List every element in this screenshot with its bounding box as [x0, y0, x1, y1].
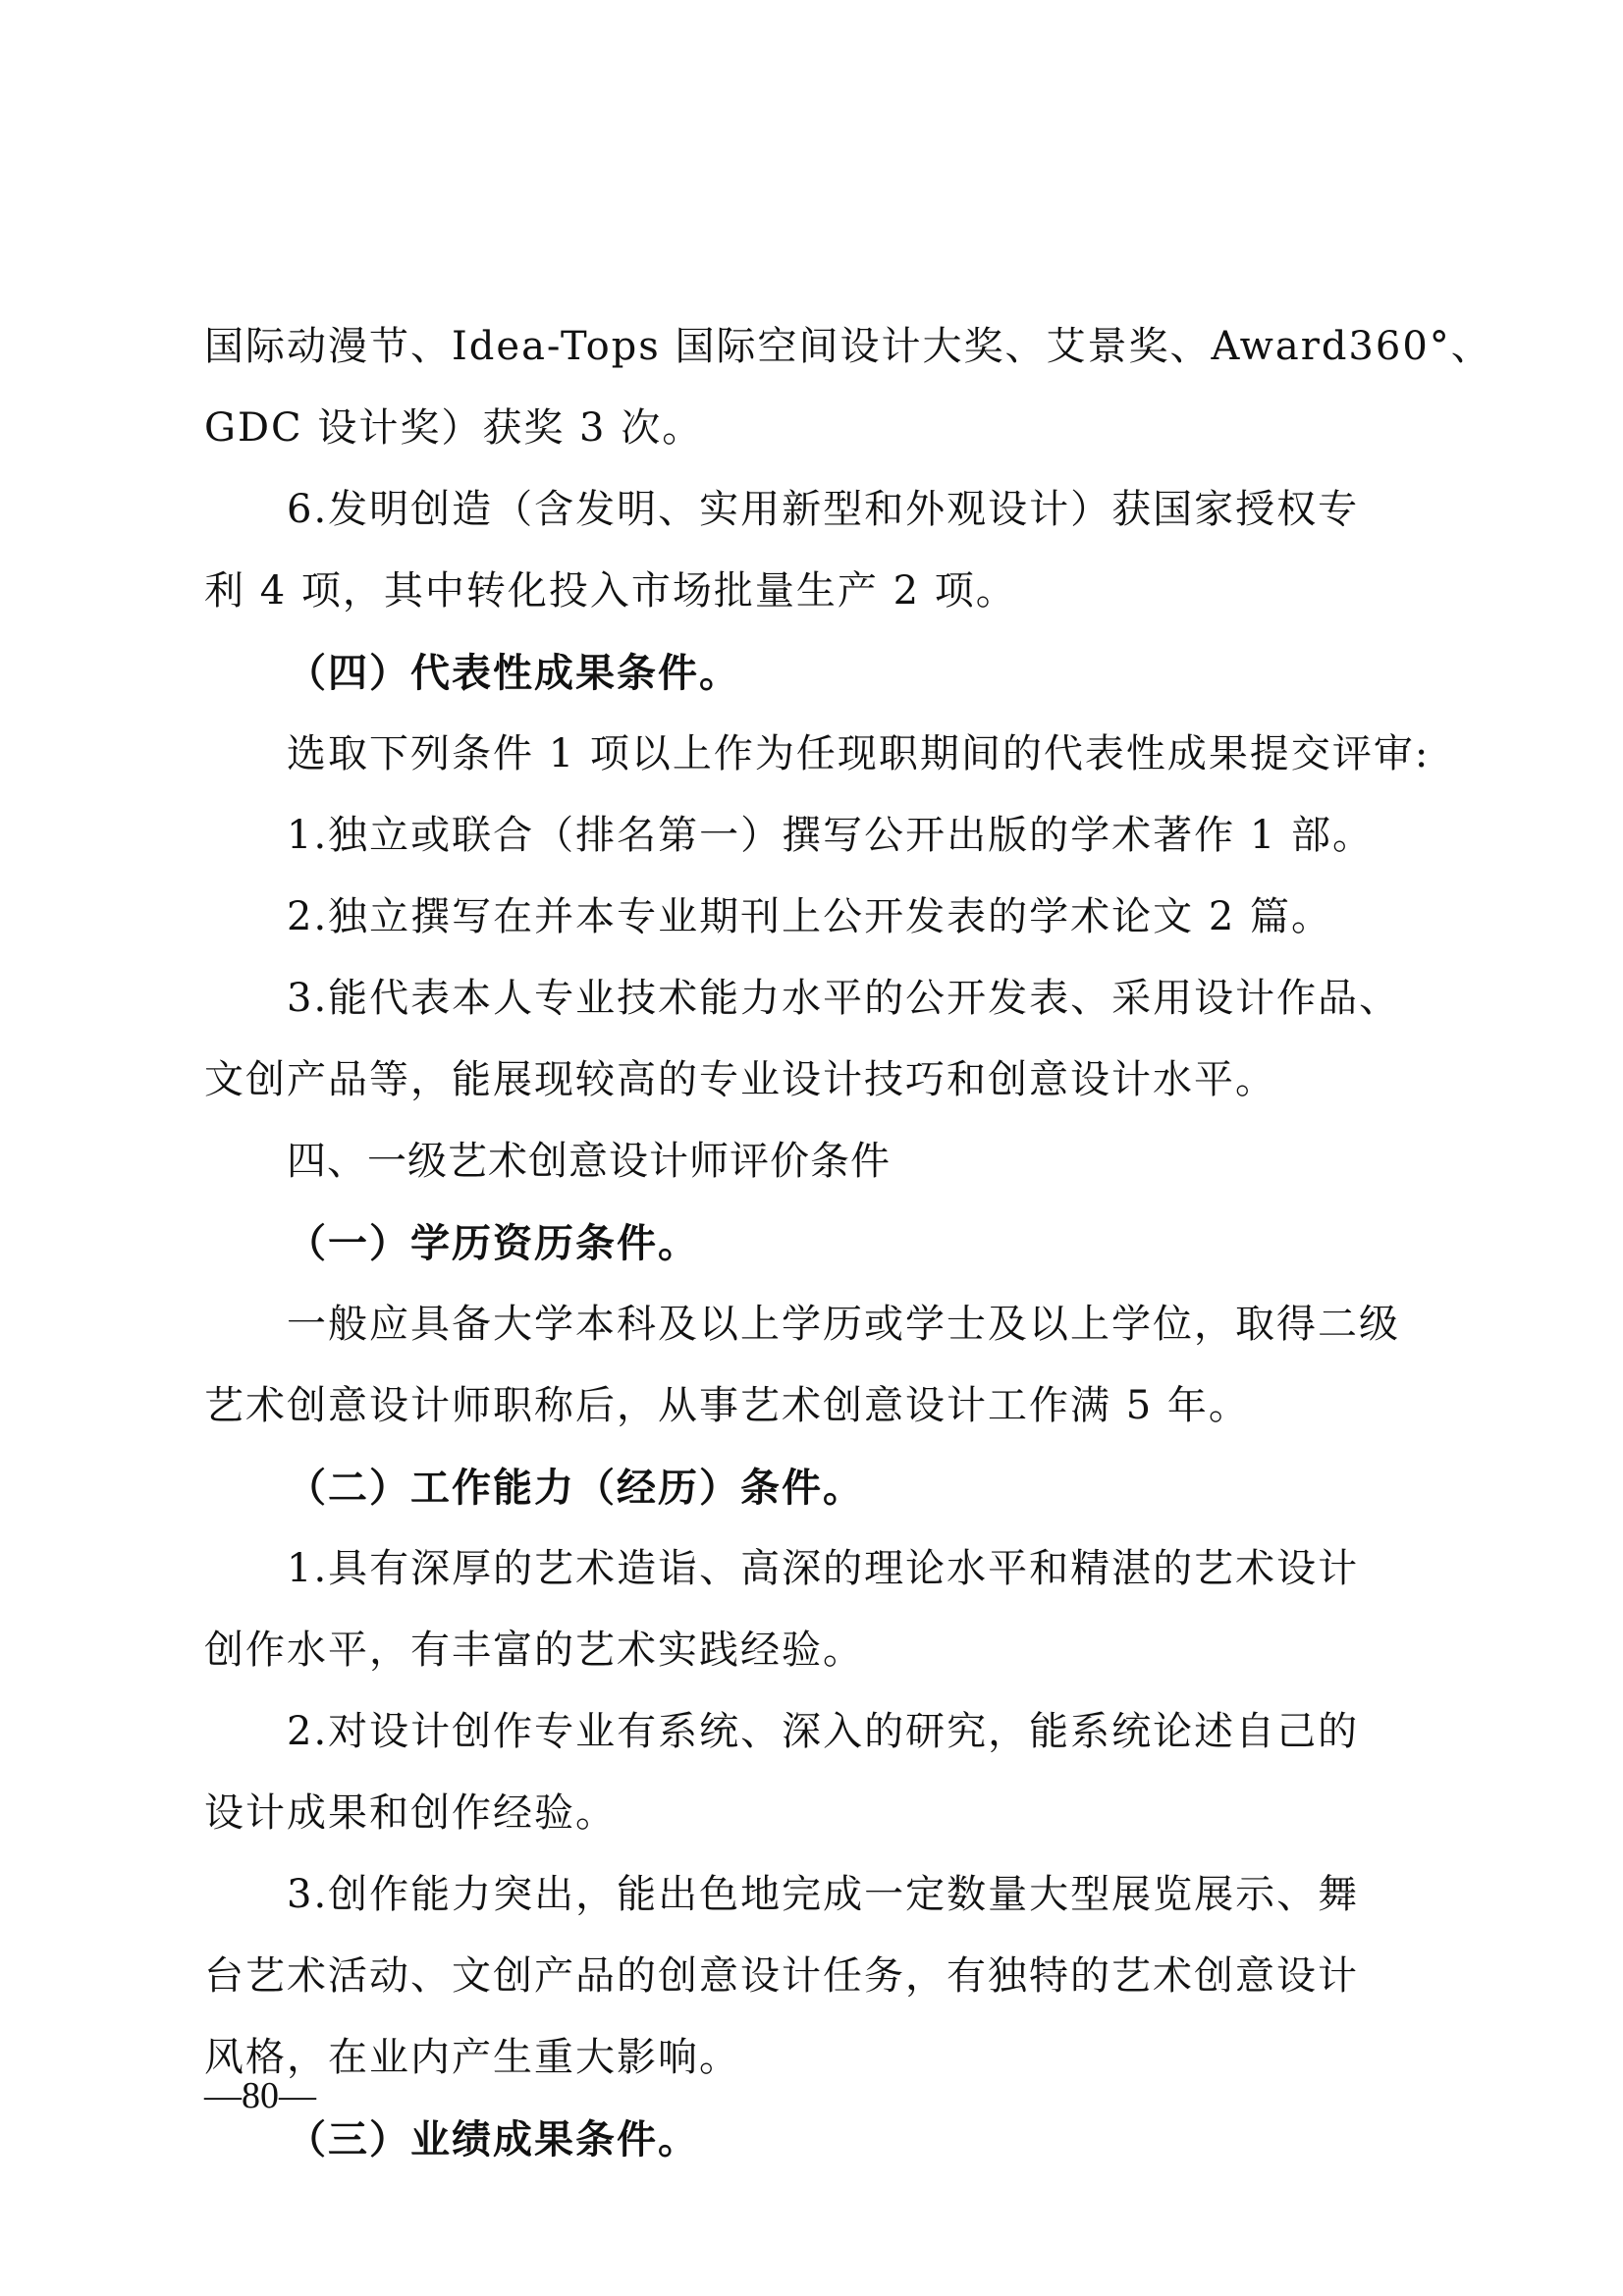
- section-heading-education: （一）学历资历条件。: [204, 1202, 1427, 1284]
- paragraph-intro: 选取下列条件 1 项以上作为任现职期间的代表性成果提交评审:: [204, 714, 1427, 795]
- text-line: 利 4 项，其中转化投入市场批量生产 2 项。: [204, 551, 1427, 632]
- text-line: 文创产品等，能展现较高的专业设计技巧和创意设计水平。: [204, 1040, 1427, 1121]
- text-line: GDC 设计奖）获奖 3 次。: [204, 388, 1427, 469]
- list-item-1: 1.独立或联合（排名第一）撰写公开出版的学术著作 1 部。: [204, 795, 1427, 877]
- section-heading-representative-results: （四）代表性成果条件。: [204, 632, 1427, 714]
- document-body: 国际动漫节、Idea-Tops 国际空间设计大奖、艾景奖、Award360°、 …: [204, 306, 1427, 2180]
- page-number: —80—: [204, 2071, 316, 2120]
- list-item-2: 2.对设计创作专业有系统、深入的研究，能系统论述自己的: [204, 1691, 1427, 1773]
- text-line: 创作水平，有丰富的艺术实践经验。: [204, 1610, 1427, 1691]
- list-item-3: 3.能代表本人专业技术能力水平的公开发表、采用设计作品、: [204, 958, 1427, 1040]
- section-heading-work-ability: （二）工作能力（经历）条件。: [204, 1447, 1427, 1528]
- section-heading-performance: （三）业绩成果条件。: [204, 2099, 1427, 2180]
- list-item-6: 6.发明创造（含发明、实用新型和外观设计）获国家授权专: [204, 469, 1427, 551]
- text-line: 艺术创意设计师职称后，从事艺术创意设计工作满 5 年。: [204, 1365, 1427, 1447]
- list-item-1: 1.具有深厚的艺术造诣、高深的理论水平和精湛的艺术设计: [204, 1528, 1427, 1610]
- list-item-3: 3.创作能力突出，能出色地完成一定数量大型展览展示、舞: [204, 1854, 1427, 1936]
- text-line: 设计成果和创作经验。: [204, 1773, 1427, 1854]
- chapter-heading-level-one-designer: 四、一级艺术创意设计师评价条件: [204, 1121, 1427, 1202]
- text-line: 台艺术活动、文创产品的创意设计任务，有独特的艺术创意设计: [204, 1936, 1427, 2017]
- text-line: 风格，在业内产生重大影响。: [204, 2017, 1427, 2099]
- list-item-2: 2.独立撰写在并本专业期刊上公开发表的学术论文 2 篇。: [204, 877, 1427, 958]
- text-line: 国际动漫节、Idea-Tops 国际空间设计大奖、艾景奖、Award360°、: [204, 306, 1427, 388]
- paragraph-education: 一般应具备大学本科及以上学历或学士及以上学位，取得二级: [204, 1284, 1427, 1365]
